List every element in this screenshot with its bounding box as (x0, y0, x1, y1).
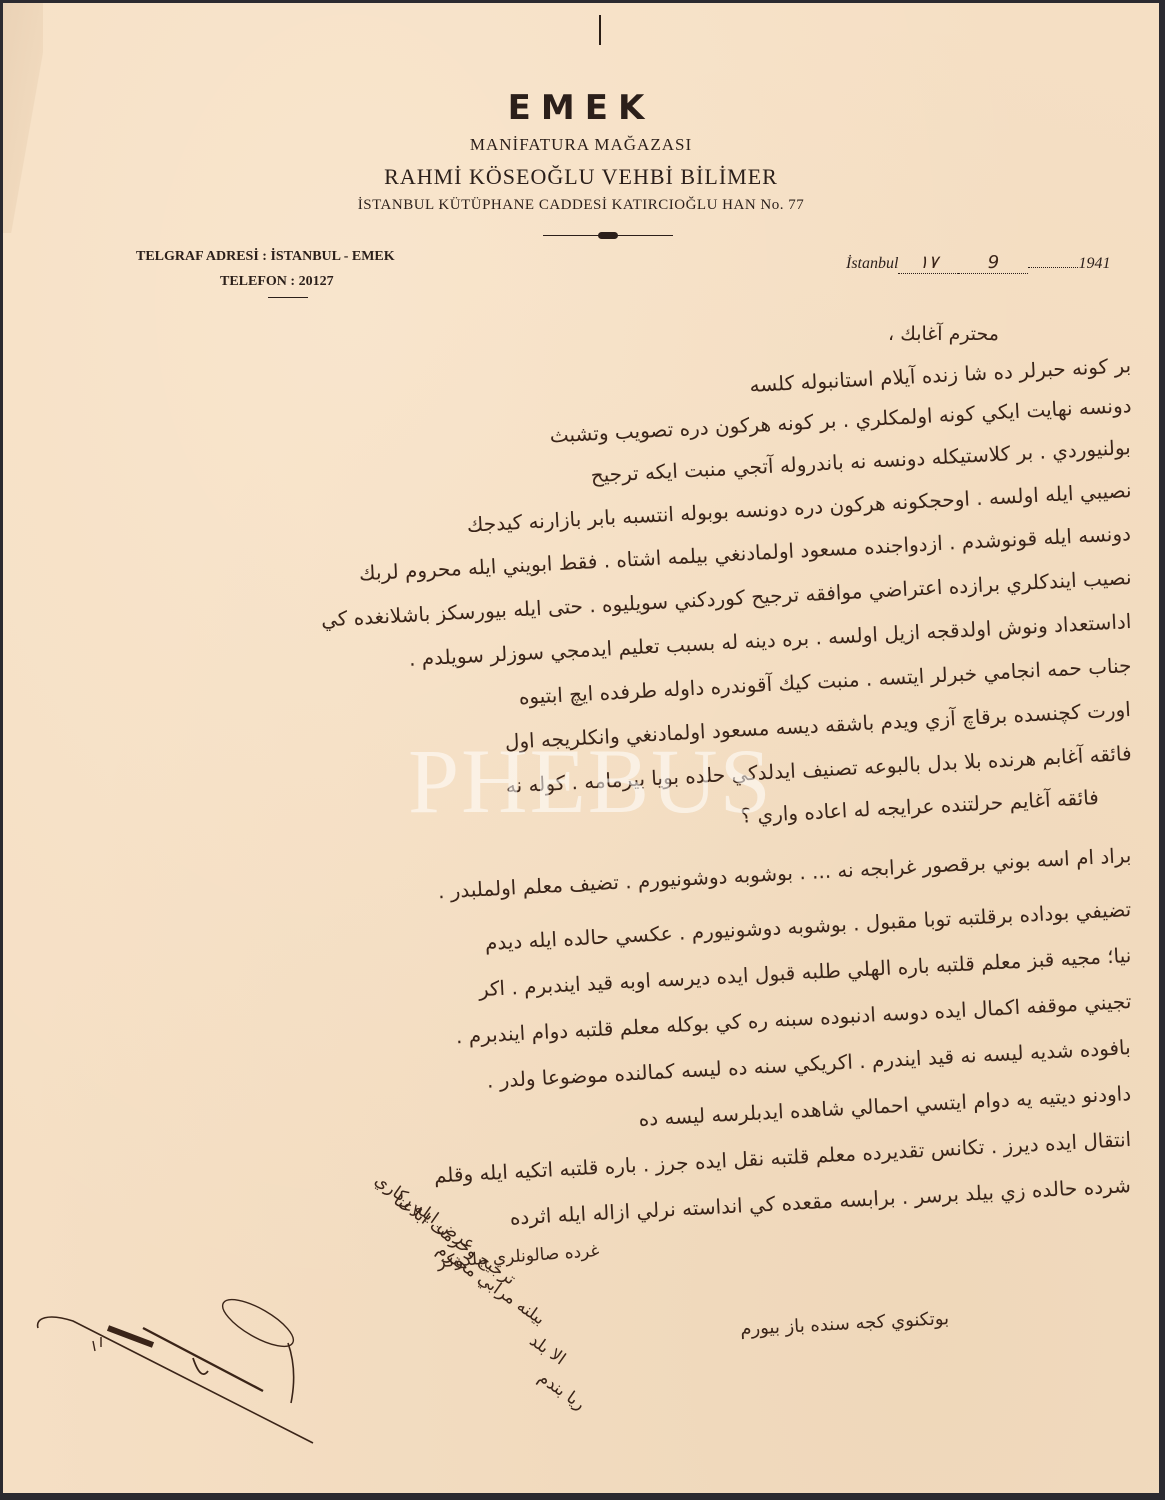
body-line-14: نيا؛ مجيه قبز معلم قلتبه باره الهلي طلبه… (478, 943, 1132, 1001)
body-line-8: جناب حمه انجامي خبرلر ايتسه . منبت كيك آ… (518, 653, 1132, 709)
ornament-divider (543, 231, 673, 241)
diagonal-line-5: ريا بندم (534, 1368, 589, 1415)
body-line-3: بولنيوردي . بر كلاستيكله دونسه نه باندرو… (591, 435, 1132, 487)
date-line: İstanbul١٧91941 (846, 252, 1110, 274)
date-month: 9 (988, 252, 999, 273)
body-line-19: شرده حالده زي بيلد برسر . برابسه مقعده ك… (509, 1173, 1131, 1230)
body-line-13: تضيفي بوداده برقلتبه توبا مقبول . بوشوبه… (484, 897, 1131, 955)
body-line-17: داودنو ديتيه يه دوام ايتسي احمالي شاهده … (638, 1081, 1132, 1131)
date-day: ١٧ (919, 252, 938, 273)
fold-mark (599, 15, 601, 45)
body-line-16: بافوده شديه ليسه نه قيد ايندرم . اكريكي … (487, 1035, 1132, 1093)
watermark: PHEBUS (408, 728, 773, 834)
telegraph-address: TELGRAF ADRESİ : İSTANBUL - EMEK (136, 249, 395, 265)
letterhead-title: EMEK (3, 88, 1159, 128)
diagonal-line-4: الا بلد (525, 1331, 569, 1370)
phone-number: TELEFON : 20127 (220, 274, 334, 290)
salutation: محترم آغابك ، (888, 323, 999, 345)
closing-line-2: بوتكنوي كجه سنده باز بيورم (740, 1308, 950, 1340)
body-line-11: فائقه آغايم حرلتنده عرايجه له اعاده واري… (740, 785, 1100, 828)
letterhead-owners: RAHMİ KÖSEOĞLU VEHBİ BİLİMER (3, 164, 1159, 190)
body-line-1: بر كونه حبرلر ده شا زنده آيلام استانبوله… (749, 353, 1132, 397)
body-line-12: براد ام اسه بوني برقصور غرابجه نه ... . … (437, 843, 1132, 903)
signature (33, 1293, 393, 1493)
date-year: 1941 (1078, 255, 1110, 272)
diagonal-line-2: ترجيح وحرمت ابلاغنا (389, 1190, 519, 1289)
letterhead-subtitle: MANİFATURA MAĞAZASI (3, 135, 1159, 155)
letter-sheet: EMEK MANİFATURA MAĞAZASI RAHMİ KÖSEOĞLU … (3, 3, 1159, 1493)
date-city: İstanbul (846, 255, 898, 272)
small-divider (268, 297, 308, 298)
letterhead-address: İSTANBUL KÜTÜPHANE CADDESİ KATIRCIOĞLU H… (3, 197, 1159, 214)
